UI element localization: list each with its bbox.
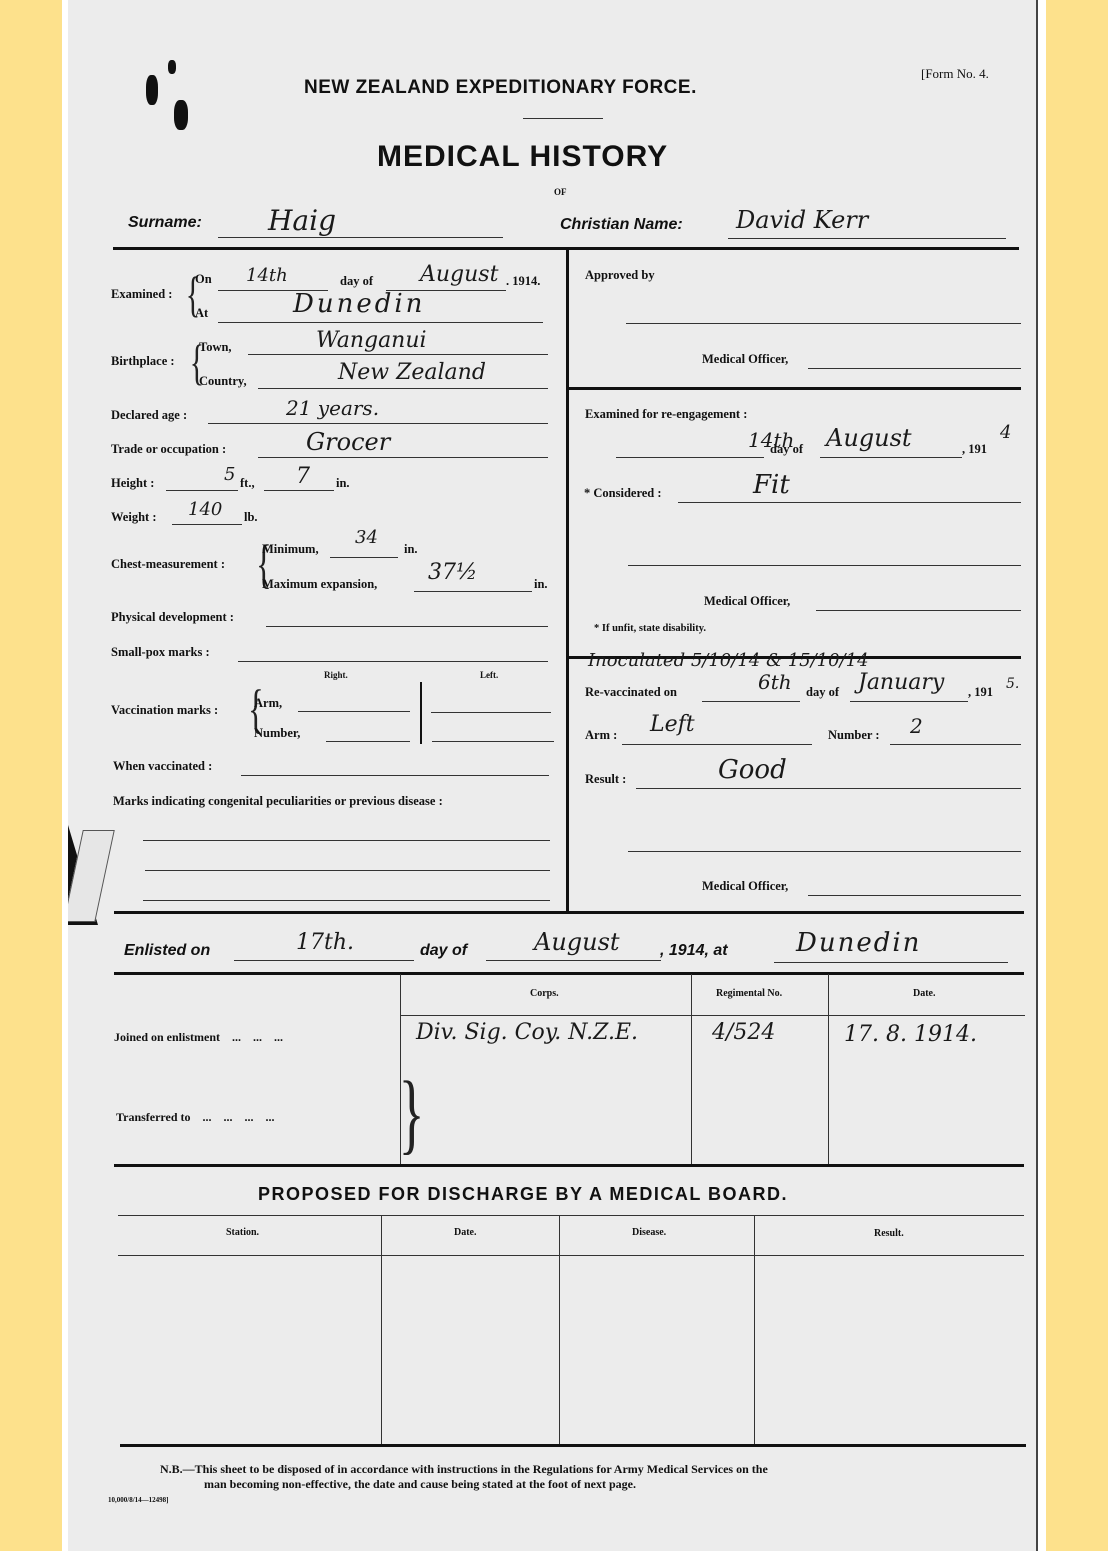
enlisted-year-at: , 1914, at bbox=[660, 942, 728, 960]
ink-blot bbox=[146, 75, 158, 105]
enlisted-day-line bbox=[234, 960, 414, 961]
reeng-medical-officer-line bbox=[816, 610, 1021, 611]
examined-at-line bbox=[218, 322, 543, 323]
revaccinated-year-suffix: 5. bbox=[1006, 676, 1019, 692]
revacc-arm-label: Arm : bbox=[585, 728, 617, 743]
re-engagement-day-of-label: day of bbox=[770, 442, 803, 457]
when-vaccinated-line bbox=[241, 775, 549, 776]
at-label: At bbox=[195, 306, 208, 321]
considered-label: * Considered : bbox=[584, 486, 662, 501]
smallpox-marks-label: Small-pox marks : bbox=[111, 645, 210, 660]
discharge-col-divider bbox=[381, 1216, 382, 1444]
on-label: On bbox=[195, 272, 212, 287]
physical-development-label: Physical development : bbox=[111, 610, 234, 625]
title-of: OF bbox=[554, 187, 567, 197]
chest-max-line bbox=[414, 591, 532, 592]
discharge-col-divider bbox=[754, 1216, 755, 1444]
declared-age-label: Declared age : bbox=[111, 408, 187, 423]
revacc-number-value: 2 bbox=[910, 714, 923, 738]
revacc-arm-line bbox=[622, 744, 812, 745]
joined-date-value: 17. 8. 1914. bbox=[844, 1022, 977, 1047]
re-engagement-month-value: August bbox=[826, 424, 912, 452]
result-header: Result. bbox=[874, 1228, 904, 1239]
congenital-marks-line-3 bbox=[143, 900, 550, 901]
revaccinated-label: Re-vaccinated on bbox=[585, 685, 677, 700]
surname-line bbox=[218, 237, 503, 238]
vaccination-number-left-line bbox=[432, 741, 554, 742]
height-ft-value: 5 bbox=[224, 464, 235, 485]
examined-month-value: August bbox=[420, 262, 498, 287]
revacc-number-line bbox=[890, 744, 1021, 745]
revacc-result-label: Result : bbox=[585, 772, 626, 787]
christian-name-value: David Kerr bbox=[736, 206, 868, 234]
examined-day-value: 14th bbox=[246, 265, 288, 286]
chest-max-in-label: in. bbox=[534, 577, 548, 592]
approved-medical-officer-line bbox=[808, 368, 1021, 369]
enlistment-col-divider bbox=[691, 974, 692, 1164]
vaccination-number-label: Number, bbox=[254, 726, 300, 741]
vaccination-right-header: Right. bbox=[324, 670, 348, 680]
enlistment-col-divider bbox=[828, 974, 829, 1164]
country-value: New Zealand bbox=[338, 360, 486, 385]
enlisted-place-line bbox=[774, 962, 1008, 963]
enlisted-place-value: Dunedin bbox=[796, 928, 921, 958]
regimental-no-header: Regimental No. bbox=[716, 988, 782, 999]
vaccination-number-right-line bbox=[326, 741, 410, 742]
height-in-line bbox=[264, 490, 334, 491]
section-rule-middle bbox=[114, 911, 1024, 914]
right-section-rule bbox=[568, 387, 1021, 390]
declared-age-line bbox=[208, 423, 548, 424]
vaccination-marks-label: Vaccination marks : bbox=[111, 703, 218, 718]
discharge-header-rule bbox=[118, 1255, 1024, 1256]
discharge-header-top bbox=[118, 1215, 1024, 1216]
reeng-medical-officer-label: Medical Officer, bbox=[704, 594, 790, 609]
revaccinated-day-value: 6th bbox=[758, 670, 792, 694]
corps-header: Corps. bbox=[530, 988, 559, 999]
column-divider bbox=[566, 248, 569, 912]
approved-by-line bbox=[626, 323, 1021, 324]
enlistment-header-rule bbox=[400, 1015, 1025, 1016]
examined-year: . 1914. bbox=[506, 274, 540, 289]
considered-line-2 bbox=[628, 565, 1021, 566]
enlisted-day-value: 17th. bbox=[296, 930, 354, 955]
unfit-note: * If unfit, state disability. bbox=[594, 623, 706, 634]
station-header: Station. bbox=[226, 1227, 259, 1238]
revacc-officer-sign-line bbox=[628, 851, 1021, 852]
chest-min-in-label: in. bbox=[404, 542, 418, 557]
discharge-title: PROPOSED FOR DISCHARGE BY A MEDICAL BOAR… bbox=[258, 1184, 788, 1205]
re-engagement-year-suffix: 4 bbox=[1000, 422, 1011, 443]
weight-value: 140 bbox=[188, 499, 222, 520]
vaccination-arm-label: Arm, bbox=[254, 696, 282, 711]
approved-by-label: Approved by bbox=[585, 268, 655, 283]
height-in-value: 7 bbox=[296, 464, 310, 489]
considered-line bbox=[678, 502, 1021, 503]
revaccinated-month-value: January bbox=[858, 670, 944, 695]
congenital-marks-line-2 bbox=[145, 870, 550, 871]
transferred-to-label: Transferred to ... ... ... ... bbox=[116, 1110, 275, 1125]
enlistment-table-top bbox=[114, 972, 1024, 975]
when-vaccinated-label: When vaccinated : bbox=[113, 759, 212, 774]
congenital-marks-label: Marks indicating congenital peculiaritie… bbox=[113, 794, 443, 809]
revaccinated-day-line bbox=[702, 701, 800, 702]
re-engagement-year-prefix: , 191 bbox=[962, 442, 987, 457]
re-engagement-label: Examined for re-engagement : bbox=[585, 407, 747, 422]
trade-value: Grocer bbox=[306, 428, 390, 456]
in-label: in. bbox=[336, 476, 350, 491]
vaccination-divider bbox=[420, 682, 422, 744]
christian-name-line bbox=[728, 238, 1006, 239]
approved-medical-officer-label: Medical Officer, bbox=[702, 352, 788, 367]
revacc-arm-value: Left bbox=[650, 712, 695, 737]
revacc-medical-officer-label: Medical Officer, bbox=[702, 879, 788, 894]
revacc-number-label: Number : bbox=[828, 728, 880, 743]
day-of-label: day of bbox=[340, 274, 373, 289]
declared-age-value: 21 years. bbox=[286, 396, 379, 420]
trade-line bbox=[258, 457, 548, 458]
joined-regimental-no-value: 4/524 bbox=[712, 1020, 775, 1045]
weight-label: Weight : bbox=[111, 510, 156, 525]
chest-max-label: Maximum expansion, bbox=[262, 577, 377, 592]
birthplace-label: Birthplace : bbox=[111, 354, 175, 369]
country-label: Country, bbox=[199, 374, 247, 389]
medical-history-form: NEW ZEALAND EXPEDITIONARY FORCE. [Form N… bbox=[68, 0, 1038, 1551]
surname-label: Surname: bbox=[128, 214, 202, 232]
ink-blot bbox=[168, 60, 176, 74]
joined-on-enlistment-label: Joined on enlistment ... ... ... bbox=[114, 1030, 283, 1045]
revaccinated-month-line bbox=[850, 701, 968, 702]
christian-name-label: Christian Name: bbox=[560, 216, 683, 234]
chest-min-label: Minimum, bbox=[262, 542, 319, 557]
chest-min-line bbox=[330, 557, 398, 558]
discharge-date-header: Date. bbox=[454, 1227, 477, 1238]
weight-line bbox=[172, 524, 242, 525]
revacc-result-line bbox=[636, 788, 1021, 789]
disease-header: Disease. bbox=[632, 1227, 666, 1238]
enlisted-on-label: Enlisted on bbox=[124, 942, 210, 960]
print-code: 10,000/8/14—12498] bbox=[108, 1496, 168, 1504]
revaccinated-year-prefix: , 191 bbox=[968, 685, 993, 700]
enlisted-day-of-label: day of bbox=[420, 942, 467, 960]
ft-label: ft., bbox=[240, 476, 255, 491]
revacc-medical-officer-line bbox=[808, 895, 1021, 896]
chest-measurement-label: Chest-measurement : bbox=[111, 557, 225, 572]
enlisted-month-value: August bbox=[534, 928, 620, 956]
vaccination-arm-left-line bbox=[431, 712, 551, 713]
nb-note-line-2: man becoming non-effective, the date and… bbox=[204, 1477, 636, 1492]
vaccination-left-header: Left. bbox=[480, 670, 498, 680]
congenital-marks-line-1 bbox=[143, 840, 550, 841]
revaccinated-day-of-label: day of bbox=[806, 685, 839, 700]
organization-title: NEW ZEALAND EXPEDITIONARY FORCE. bbox=[304, 77, 697, 99]
examined-at-value: Dunedin bbox=[293, 289, 425, 319]
trade-label: Trade or occupation : bbox=[111, 442, 226, 457]
discharge-col-divider bbox=[559, 1216, 560, 1444]
town-label: Town, bbox=[199, 340, 232, 355]
nb-note-line-1: N.B.—This sheet to be disposed of in acc… bbox=[160, 1462, 768, 1477]
surname-value: Haig bbox=[268, 204, 336, 237]
revacc-result-value: Good bbox=[718, 755, 787, 785]
examined-label: Examined : bbox=[111, 287, 172, 302]
page-edge bbox=[1036, 0, 1038, 1551]
discharge-table-bottom bbox=[120, 1444, 1026, 1447]
ink-blot bbox=[174, 100, 188, 130]
joined-corps-value: Div. Sig. Coy. N.Z.E. bbox=[416, 1020, 638, 1045]
chest-min-value: 34 bbox=[355, 527, 378, 548]
town-line bbox=[248, 354, 548, 355]
document-title: MEDICAL HISTORY bbox=[377, 140, 668, 174]
lb-label: lb. bbox=[244, 510, 258, 525]
brace: } bbox=[399, 1062, 425, 1165]
re-engagement-day-line bbox=[616, 457, 764, 458]
header-rule bbox=[523, 118, 603, 119]
enlistment-table-bottom bbox=[114, 1164, 1024, 1167]
town-value: Wanganui bbox=[316, 328, 427, 353]
re-engagement-month-line bbox=[820, 457, 962, 458]
physical-development-line bbox=[266, 626, 548, 627]
smallpox-marks-line bbox=[238, 661, 548, 662]
inoculated-note: Inoculated 5/10/14 & 15/10/14 bbox=[588, 650, 869, 671]
enlisted-month-line bbox=[486, 960, 661, 961]
height-label: Height : bbox=[111, 476, 154, 491]
date-header: Date. bbox=[913, 988, 936, 999]
chest-max-value: 37½ bbox=[428, 560, 477, 585]
height-ft-line bbox=[166, 490, 238, 491]
vaccination-arm-right-line bbox=[298, 711, 410, 712]
considered-value: Fit bbox=[753, 470, 790, 500]
form-number: [Form No. 4. bbox=[921, 66, 989, 82]
country-line bbox=[258, 388, 548, 389]
